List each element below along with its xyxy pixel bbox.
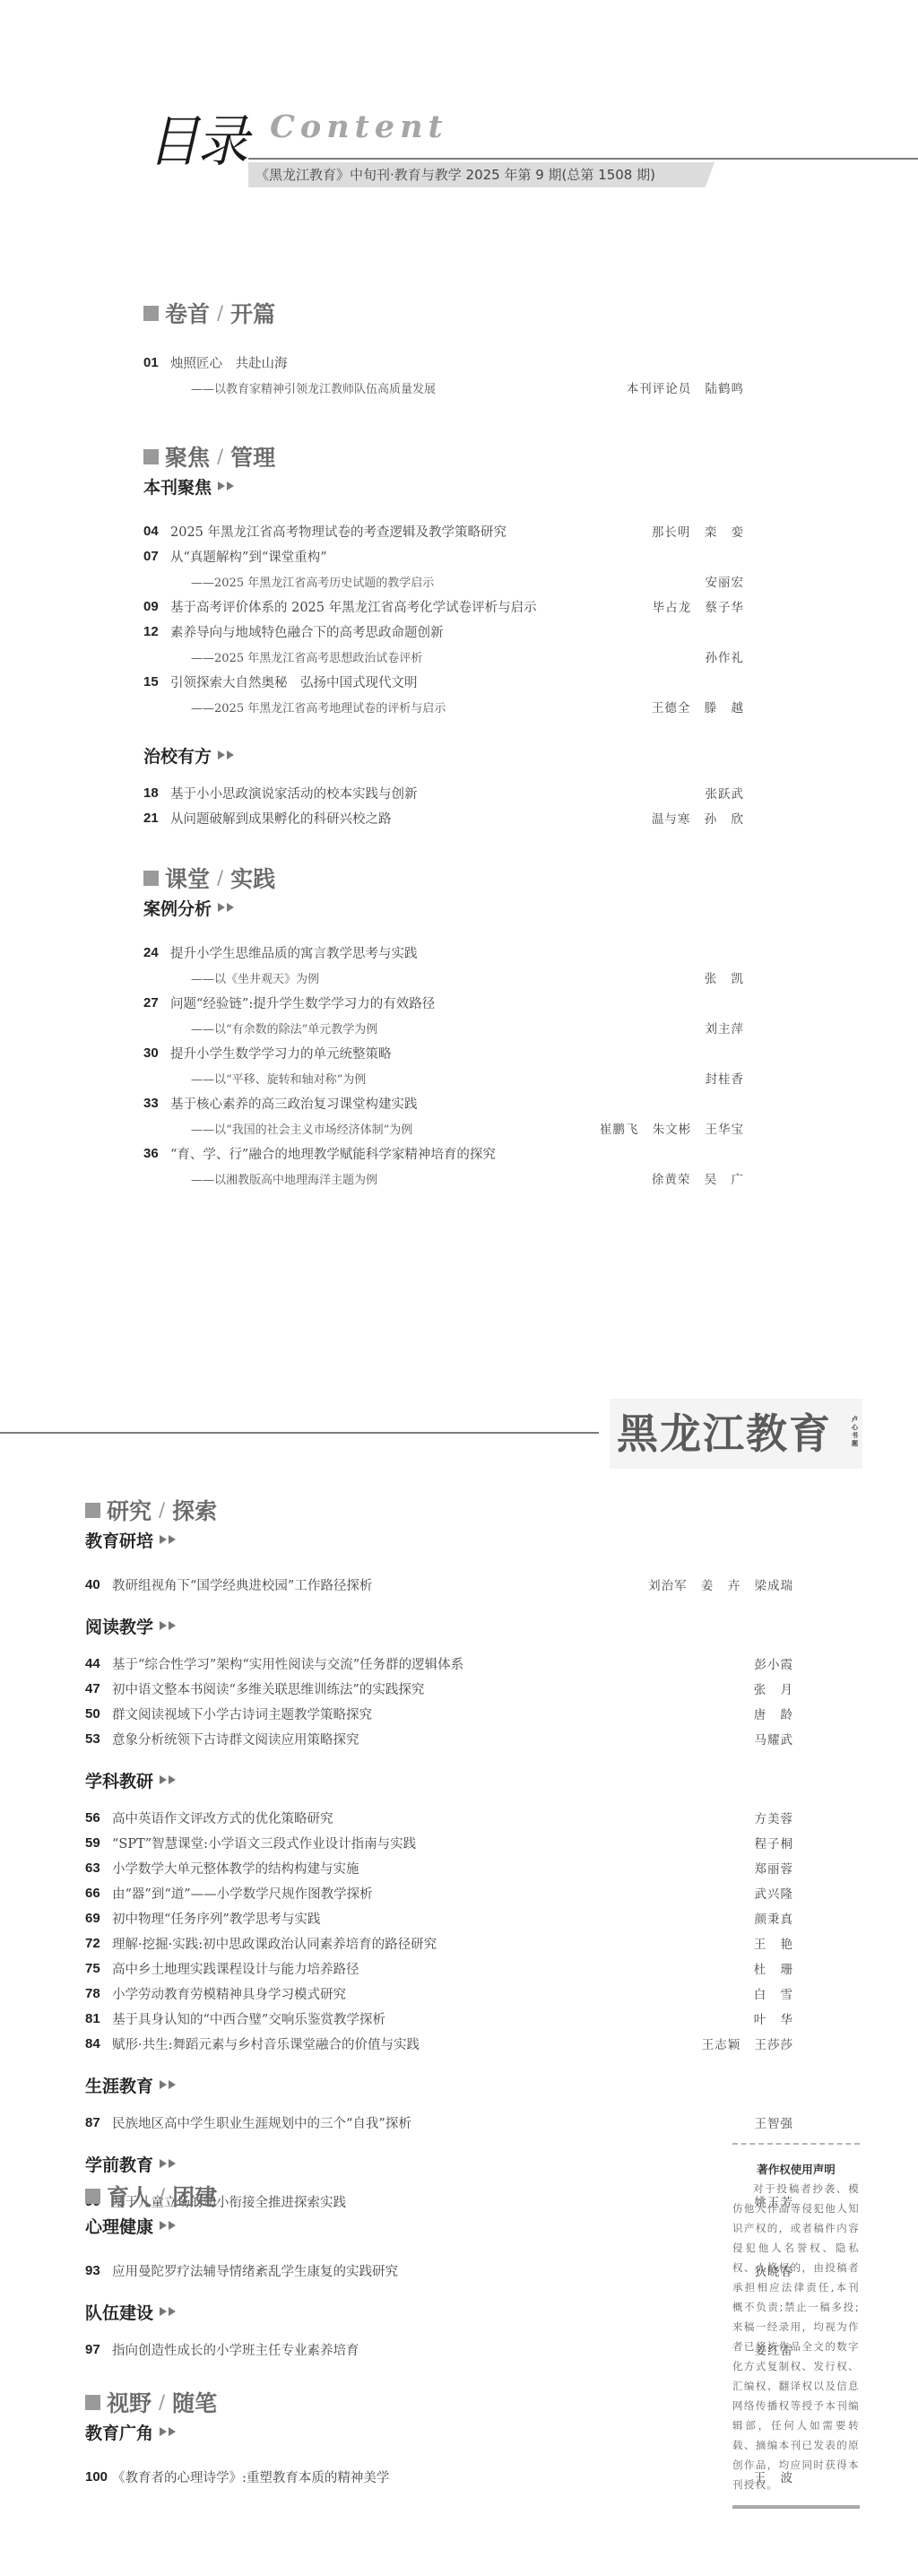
double-arrow-icon: [160, 1775, 176, 1784]
toc-entry[interactable]: 84 赋形·共生:舞蹈元素与乡村音乐课堂融合的价值与实践 王志颖 王莎莎: [85, 2031, 793, 2056]
toc-entry[interactable]: 15 引领探索大自然奥秘 弘扬中国式现代文明: [143, 669, 744, 694]
section-square-icon: [143, 449, 159, 464]
column-heading: 教育广角: [85, 2419, 793, 2444]
article-authors: 郑丽蓉: [755, 1859, 794, 1877]
column-heading: 阅读教学: [85, 1613, 793, 1638]
column-heading: 本刊聚焦: [143, 473, 744, 499]
page-number: 97: [85, 2342, 112, 2357]
toc-entry-subtitle: ——以“我国的社会主义市场经济体制”为例 崔鹏飞 朱文彬 王华宝: [143, 1115, 744, 1141]
page-number: 66: [85, 1886, 112, 1901]
article-subtitle: ——以“有余数的除法”单元教学为例: [170, 1019, 706, 1036]
toc-entry[interactable]: 27 问题“经验链”:提升学生数学学习力的有效路径: [143, 990, 744, 1015]
article-subtitle: ——以《坐井观天》为例: [170, 969, 705, 986]
page-number: 21: [143, 811, 170, 826]
section-jujiao: 聚焦 / 管理 本刊聚焦 04 2025 年黑龙江省高考物理试卷的考查逻辑及教学…: [143, 439, 744, 830]
column-heading: 队伍建设: [85, 2299, 793, 2324]
toc-entry[interactable]: 50 群文阅读视域下小学古诗词主题教学策略探究 唐 龄: [85, 1701, 793, 1726]
toc-entry[interactable]: 100 《教育者的心理诗学》:重塑教育本质的精神美学 王 波: [85, 2464, 793, 2489]
article-title[interactable]: 理解·挖掘·实践:初中思政课政治认同素养培育的路径研究: [112, 1934, 754, 1953]
column-name: 本刊聚焦: [143, 474, 212, 499]
page-number: 12: [143, 624, 170, 639]
slash-separator: /: [159, 1499, 165, 1521]
article-title[interactable]: 基于“综合性学习”架构“实用性阅读与交流”任务群的逻辑体系: [112, 1654, 755, 1673]
column-name: 教育广角: [85, 2420, 153, 2444]
article-title[interactable]: “育、学、行”融合的地理教学赋能科学家精神培育的探究: [170, 1144, 744, 1163]
article-title[interactable]: 素养导向与地域特色融合下的高考思政命题创新: [170, 622, 744, 641]
toc-entry[interactable]: 56 高中英语作文评改方式的优化策略研究 方美蓉: [85, 1805, 793, 1830]
toc-entry[interactable]: 93 应用曼陀罗疗法辅导情绪紊乱学生康复的实践研究 狄晓春: [85, 2258, 793, 2283]
article-title[interactable]: 初中语文整本书阅读“多维关联思维训练法”的实践探究: [112, 1679, 754, 1698]
article-authors: 王智强: [755, 2113, 794, 2131]
article-title[interactable]: 由“器”到“道”——小学数学尺规作图教学探析: [112, 1884, 755, 1903]
article-authors: 王 艳: [754, 1934, 793, 1952]
header-rule: [248, 158, 918, 160]
article-authors: 杜 珊: [754, 1959, 793, 1977]
double-arrow-icon: [160, 2080, 176, 2089]
page-number: 07: [143, 549, 170, 564]
article-title[interactable]: 基于具身认知的“中西合璧”交响乐鉴赏教学探析: [112, 2009, 754, 2028]
double-arrow-icon: [160, 1621, 176, 1630]
toc-entry[interactable]: 63 小学数学大单元整体教学的结构构建与实施 郑丽蓉: [85, 1855, 793, 1880]
toc-entry[interactable]: 09 基于高考评价体系的 2025 年黑龙江省高考化学试卷评析与启示 毕占龙 蔡…: [143, 594, 744, 619]
article-title[interactable]: 高中英语作文评改方式的优化策略研究: [112, 1808, 755, 1827]
article-subtitle: ——2025 年黑龙江省高考思想政治试卷评析: [170, 648, 706, 665]
article-authors: 安丽宏: [706, 572, 745, 590]
article-title[interactable]: 教研组视角下“国学经典进校园”工作路径探析: [112, 1575, 648, 1594]
section-yanjiu: 研究 / 探索 教育研培 40 教研组视角下“国学经典进校园”工作路径探析 刘治…: [85, 1493, 793, 2214]
article-title[interactable]: 烛照匠心 共赴山海: [170, 353, 744, 372]
double-arrow-icon: [160, 2221, 176, 2230]
article-title[interactable]: 意象分析统领下古诗群文阅读应用策略探究: [112, 1730, 755, 1748]
article-subtitle: ——2025 年黑龙江省高考历史试题的教学启示: [170, 573, 706, 590]
page-number: 100: [85, 2469, 112, 2485]
toc-entry-subtitle: ——2025 年黑龙江省高考思想政治试卷评析 孙作礼: [143, 644, 744, 669]
page-number: 44: [85, 1656, 112, 1671]
article-title[interactable]: 赋形·共生:舞蹈元素与乡村音乐课堂融合的价值与实践: [112, 2034, 702, 2053]
slash-separator: /: [159, 2185, 165, 2207]
toc-entry[interactable]: 78 小学劳动教育劳模精神具身学习模式研究 白 雪: [85, 1981, 793, 2006]
toc-entry-subtitle: ——以“有余数的除法”单元教学为例 刘主萍: [143, 1015, 744, 1040]
section-title-b: 实践: [230, 862, 275, 894]
article-authors: 那长明 栾 娈: [652, 522, 744, 540]
toc-entry[interactable]: 12 素养导向与地域特色融合下的高考思政命题创新: [143, 619, 744, 644]
article-authors: 武兴隆: [755, 1884, 794, 1902]
toc-entry[interactable]: 81 基于具身认知的“中西合璧”交响乐鉴赏教学探析 叶 华: [85, 2006, 793, 2031]
magazine-logo: 黑龙江教育 卢心书题: [610, 1399, 862, 1469]
article-authors: 方美蓉: [755, 1808, 794, 1826]
article-subtitle: ——2025 年黑龙江省高考地理试卷的评析与启示: [170, 698, 652, 716]
article-title[interactable]: 基于核心素养的高三政治复习课堂构建实践: [170, 1094, 744, 1113]
article-subtitle: ——以“平移、旋转和轴对称”为例: [170, 1070, 706, 1087]
article-authors: 彭小霞: [755, 1654, 794, 1672]
column-name: 治校有方: [143, 743, 212, 768]
section-ketang: 课堂 / 实践 案例分析 24 提升小学生思维品质的寓言教学思考与实践 ——以《…: [143, 861, 744, 1191]
double-arrow-icon: [218, 481, 234, 490]
toc-entry-subtitle: ——2025 年黑龙江省高考地理试卷的评析与启示 王德全 滕 越: [143, 694, 744, 719]
toc-entry-subtitle: ——以湘教版高中地理海洋主题为例 徐黄荣 吴 广: [143, 1166, 744, 1191]
article-title[interactable]: 从“真题解构”到“课堂重构”: [170, 547, 744, 566]
toc-entry[interactable]: 04 2025 年黑龙江省高考物理试卷的考查逻辑及教学策略研究 那长明 栾 娈: [143, 518, 744, 543]
toc-entry[interactable]: 97 指向创造性成长的小学班主任专业素养培育 姜红雷: [85, 2337, 793, 2362]
page-number: 84: [85, 2036, 112, 2051]
article-title[interactable]: 群文阅读视域下小学古诗词主题教学策略探究: [112, 1704, 754, 1723]
article-authors: 程子桐: [755, 1834, 794, 1852]
article-authors: 叶 华: [754, 2009, 793, 2027]
column-heading: 治校有方: [143, 742, 744, 768]
article-title[interactable]: 高中乡土地理实践课程设计与能力培养路径: [112, 1959, 754, 1978]
column-heading: 教育研培: [85, 1527, 793, 1552]
section-title: 课堂 / 实践: [143, 861, 744, 895]
section-title-b: 探索: [172, 1494, 217, 1526]
toc-entry[interactable]: 33 基于核心素养的高三政治复习课堂构建实践: [143, 1090, 744, 1115]
page-divider: [0, 1432, 599, 1434]
toc-entry[interactable]: 24 提升小学生思维品质的寓言教学思考与实践: [143, 940, 744, 965]
dashed-rule: [732, 2143, 860, 2145]
article-authors: 崔鹏飞 朱文彬 王华宝: [600, 1119, 744, 1137]
article-authors: 徐黄荣 吴 广: [652, 1169, 744, 1187]
section-juanshou: 卷首 / 开篇 01 烛照匠心 共赴山海 ——以教育家精神引领龙江教师队伍高质量…: [143, 296, 744, 400]
logo-calligrapher: 卢心书题: [852, 1415, 859, 1447]
page-number: 09: [143, 599, 170, 614]
toc-entry[interactable]: 87 民族地区高中学生职业生涯规划中的三个“自我”探析 王智强: [85, 2110, 793, 2135]
column-name: 生涯教育: [85, 2073, 153, 2097]
column-name: 阅读教学: [85, 1614, 153, 1638]
toc-entry[interactable]: 40 教研组视角下“国学经典进校园”工作路径探析 刘治军 姜 卉 梁成瑞: [85, 1572, 793, 1597]
article-authors: 刘治军 姜 卉 梁成瑞: [648, 1575, 793, 1593]
article-authors: 张 月: [754, 1679, 793, 1697]
section-title-a: 研究: [107, 1494, 152, 1526]
double-arrow-icon: [218, 903, 234, 912]
article-subtitle: ——以湘教版高中地理海洋主题为例: [170, 1170, 652, 1187]
page-number: 01: [143, 355, 170, 370]
section-title-b: 团建: [172, 2180, 217, 2212]
page-number: 56: [85, 1810, 112, 1826]
toc-entry-subtitle: ——以《坐井观天》为例 张 凯: [143, 965, 744, 990]
page-number: 78: [85, 1986, 112, 2001]
issue-subtitle: 《黑龙江教育》中旬刊·教育与教学 2025 年第 9 期(总第 1508 期): [248, 162, 714, 187]
article-title[interactable]: 民族地区高中学生职业生涯规划中的三个“自我”探析: [112, 2113, 755, 2132]
article-title[interactable]: 小学数学大单元整体教学的结构构建与实施: [112, 1859, 755, 1878]
page-number: 18: [143, 785, 170, 801]
page-number: 33: [143, 1096, 170, 1111]
logo-text: 黑龙江教育: [617, 1409, 832, 1458]
column-name: 案例分析: [143, 896, 212, 920]
copyright-body: 对于投稿者抄袭、模仿他人作品等侵犯他人知识产权的，或者稿件内容侵犯他人名誉权、隐…: [732, 2179, 860, 2494]
column-name: 队伍建设: [85, 2300, 153, 2324]
toc-title: 目录: [148, 106, 247, 178]
article-authors: 孙作礼: [706, 647, 745, 665]
page-number: 75: [85, 1961, 112, 1976]
page-number: 53: [85, 1731, 112, 1747]
page-number: 81: [85, 2011, 112, 2026]
article-title[interactable]: 初中物理“任务序列”教学思考与实践: [112, 1909, 755, 1928]
page-number: 04: [143, 524, 170, 539]
slash-separator: /: [159, 2391, 165, 2413]
page-number: 40: [85, 1577, 112, 1592]
page-number: 27: [143, 995, 170, 1010]
section-square-icon: [143, 871, 159, 886]
article-authors: 张跃武: [706, 784, 745, 802]
article-title[interactable]: 2025 年黑龙江省高考物理试卷的考查逻辑及教学策略研究: [170, 522, 652, 541]
article-subtitle: ——以教育家精神引领龙江教师队伍高质量发展: [170, 379, 627, 396]
toc-entry[interactable]: 44 基于“综合性学习”架构“实用性阅读与交流”任务群的逻辑体系 彭小霞: [85, 1651, 793, 1676]
slash-separator: /: [217, 867, 223, 889]
article-authors: 王志颖 王莎莎: [702, 2034, 793, 2052]
column-name: 心理健康: [85, 2214, 153, 2238]
article-authors: 本刊评论员 陆鹤鸣: [627, 378, 744, 396]
page-number: 72: [85, 1936, 112, 1951]
page-number: 15: [143, 674, 170, 690]
page-number: 30: [143, 1045, 170, 1061]
section-square-icon: [143, 306, 159, 321]
page-number: 47: [85, 1681, 112, 1696]
article-authors: 张 凯: [705, 968, 744, 986]
page-number: 36: [143, 1146, 170, 1161]
article-authors: 唐 龄: [754, 1704, 793, 1722]
section-title-b: 管理: [230, 440, 275, 473]
section-square-icon: [85, 2189, 100, 2204]
article-title[interactable]: 基于高考评价体系的 2025 年黑龙江省高考化学试卷评析与启示: [170, 597, 653, 616]
column-heading: 心理健康: [85, 2213, 793, 2238]
section-title-a: 课堂: [165, 862, 210, 894]
slash-separator: /: [217, 446, 223, 467]
article-title[interactable]: 应用曼陀罗疗法辅导情绪紊乱学生康复的实践研究: [112, 2261, 755, 2280]
article-authors: 马耀武: [755, 1730, 794, 1748]
toc-entry[interactable]: 21 从问题破解到成果孵化的科研兴校之路 温与寒 孙 欣: [143, 805, 744, 830]
page-number: 24: [143, 945, 170, 960]
column-heading: 学前教育: [85, 2151, 793, 2176]
article-authors: 王德全 滕 越: [652, 698, 744, 716]
article-authors: 白 雪: [754, 1984, 793, 2002]
article-authors: 刘主萍: [706, 1019, 745, 1036]
page-number: 63: [85, 1860, 112, 1876]
article-authors: 封桂香: [706, 1069, 745, 1087]
section-title: 研究 / 探索: [85, 1493, 793, 1527]
column-heading: 学科教研: [85, 1767, 793, 1792]
toc-entry-subtitle: ——2025 年黑龙江省高考历史试题的教学启示 安丽宏: [143, 568, 744, 594]
article-title[interactable]: 指向创造性成长的小学班主任专业素养培育: [112, 2340, 755, 2359]
toc-entry[interactable]: 30 提升小学生数学学习力的单元统整策略: [143, 1040, 744, 1065]
article-title[interactable]: 问题“经验链”:提升学生数学学习力的有效路径: [170, 993, 744, 1012]
section-title: 聚焦 / 管理: [143, 439, 744, 473]
column-heading: 生涯教育: [85, 2072, 793, 2097]
section-square-icon: [85, 2395, 100, 2410]
section-title-a: 聚焦: [165, 440, 210, 473]
section-square-icon: [85, 1503, 100, 1518]
article-title[interactable]: 提升小学生数学学习力的单元统整策略: [170, 1044, 744, 1062]
toc-entry[interactable]: 36 “育、学、行”融合的地理教学赋能科学家精神培育的探究: [143, 1141, 744, 1166]
double-arrow-icon: [218, 750, 234, 759]
section-title-a: 育人: [107, 2180, 152, 2212]
slash-separator: /: [217, 302, 223, 324]
toc-entry[interactable]: 66 由“器”到“道”——小学数学尺规作图教学探析 武兴隆: [85, 1880, 793, 1905]
article-title[interactable]: 《教育者的心理诗学》:重塑教育本质的精神美学: [112, 2468, 754, 2486]
toc-entry[interactable]: 01 烛照匠心 共赴山海: [143, 350, 744, 375]
toc-entry[interactable]: 07 从“真题解构”到“课堂重构”: [143, 543, 744, 568]
section-yuren: 育人 / 团建 心理健康 93 应用曼陀罗疗法辅导情绪紊乱学生康复的实践研究 狄…: [85, 2179, 793, 2362]
column-name: 教育研培: [85, 1528, 153, 1552]
double-arrow-icon: [160, 2427, 176, 2436]
page-number: 50: [85, 1706, 112, 1722]
section-title-a: 视野: [107, 2386, 152, 2418]
double-arrow-icon: [160, 2307, 176, 2316]
toc-entry[interactable]: 59 “SPT”智慧课堂:小学语文三段式作业设计指南与实践 程子桐: [85, 1830, 793, 1855]
toc-header: 目录 Content 《黑龙江教育》中旬刊·教育与教学 2025 年第 9 期(…: [148, 106, 918, 186]
copyright-notice: 著作权使用声明 对于投稿者抄袭、模仿他人作品等侵犯他人知识产权的，或者稿件内容侵…: [732, 2143, 860, 2509]
section-title: 育人 / 团建: [85, 2179, 793, 2213]
article-title[interactable]: 引领探索大自然奥秘 弘扬中国式现代文明: [170, 672, 744, 691]
column-name: 学科教研: [85, 1768, 153, 1792]
article-title[interactable]: 从问题破解到成果孵化的科研兴校之路: [170, 809, 652, 828]
section-title: 卷首 / 开篇: [143, 296, 744, 330]
toc-entry[interactable]: 18 基于小小思政演说家活动的校本实践与创新 张跃武: [143, 780, 744, 805]
article-title[interactable]: “SPT”智慧课堂:小学语文三段式作业设计指南与实践: [112, 1834, 755, 1852]
toc-title-english: Content: [270, 109, 448, 145]
double-arrow-icon: [160, 1535, 176, 1544]
section-title-b: 开篇: [230, 297, 275, 329]
page-number: 59: [85, 1835, 112, 1851]
article-title[interactable]: 提升小学生思维品质的寓言教学思考与实践: [170, 943, 744, 962]
page-number: 93: [85, 2263, 112, 2278]
page-number: 87: [85, 2115, 112, 2130]
article-title[interactable]: 小学劳动教育劳模精神具身学习模式研究: [112, 1984, 754, 2003]
section-title-a: 卷首: [165, 297, 210, 329]
article-title[interactable]: 基于小小思政演说家活动的校本实践与创新: [170, 784, 706, 802]
toc-entry[interactable]: 72 理解·挖掘·实践:初中思政课政治认同素养培育的路径研究 王 艳: [85, 1930, 793, 1956]
toc-entry-subtitle: ——以“平移、旋转和轴对称”为例 封桂香: [143, 1065, 744, 1090]
double-arrow-icon: [160, 2159, 176, 2168]
toc-entry-subtitle: ——以教育家精神引领龙江教师队伍高质量发展 本刊评论员 陆鹤鸣: [143, 375, 744, 400]
section-title: 视野 / 随笔: [85, 2385, 793, 2419]
toc-entry[interactable]: 75 高中乡土地理实践课程设计与能力培养路径 杜 珊: [85, 1956, 793, 1981]
toc-entry[interactable]: 53 意象分析统领下古诗群文阅读应用策略探究 马耀武: [85, 1726, 793, 1751]
article-subtitle: ——以“我国的社会主义市场经济体制”为例: [170, 1120, 600, 1137]
copyright-title: 著作权使用声明: [732, 2161, 860, 2177]
bottom-rule: [732, 2505, 860, 2509]
column-name: 学前教育: [85, 2152, 153, 2176]
article-authors: 温与寒 孙 欣: [652, 809, 744, 827]
toc-entry[interactable]: 47 初中语文整本书阅读“多维关联思维训练法”的实践探究 张 月: [85, 1676, 793, 1701]
section-shiye: 视野 / 随笔 教育广角 100 《教育者的心理诗学》:重塑教育本质的精神美学 …: [85, 2385, 793, 2489]
toc-entry[interactable]: 69 初中物理“任务序列”教学思考与实践 颜秉真: [85, 1905, 793, 1930]
page-number: 69: [85, 1911, 112, 1926]
column-heading: 案例分析: [143, 895, 744, 920]
article-authors: 毕占龙 蔡子华: [653, 597, 744, 615]
article-authors: 颜秉真: [755, 1909, 794, 1927]
section-title-b: 随笔: [172, 2386, 217, 2418]
